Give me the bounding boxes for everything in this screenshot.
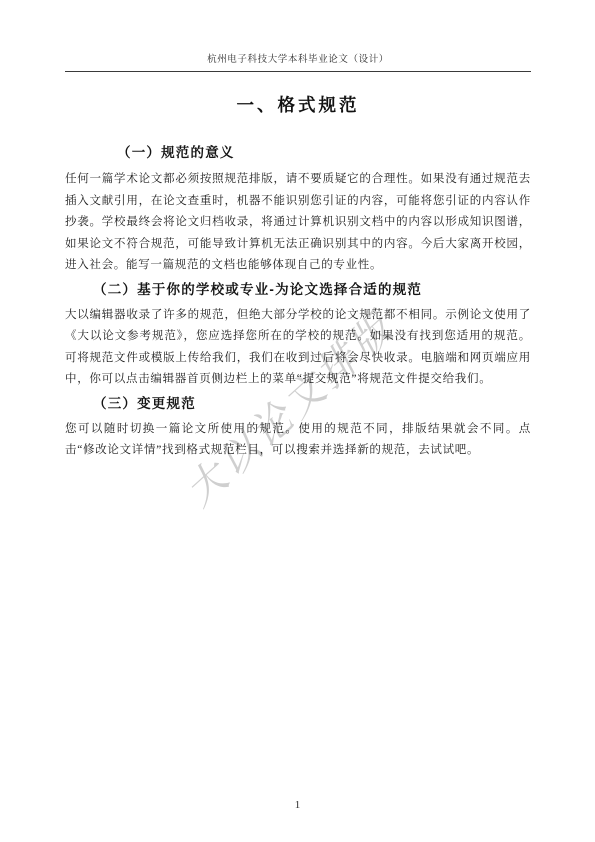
section-heading-1: （一）规范的意义 [65, 145, 531, 161]
section: （二）基于你的学校或专业-为论文选择合适的规范 大以编辑器收录了许多的规范，但绝… [65, 282, 531, 391]
page-number: 1 [0, 799, 595, 812]
section-paragraph-1: 任何一篇学术论文都必须按照规范排版，请不要质疑它的合理性。如果没有通过规范去插入… [65, 169, 531, 277]
document-page: 杭州电子科技大学本科毕业论文（设计） 大以论文排版 一、格式规范 （一）规范的意… [0, 0, 595, 842]
document-content: 一、格式规范 （一）规范的意义 任何一篇学术论文都必须按照规范排版，请不要质疑它… [0, 0, 595, 462]
section-paragraph-2: 大以编辑器收录了许多的规范，但绝大部分学校的论文规范都不相同。示例论文使用了《大… [65, 305, 531, 391]
chapter-title: 一、格式规范 [65, 94, 531, 116]
section-paragraph-3: 您可以随时切换一篇论文所使用的规范。使用的规范不同，排版结果就会不同。点击“修改… [65, 419, 531, 462]
section: （一）规范的意义 任何一篇学术论文都必须按照规范排版，请不要质疑它的合理性。如果… [65, 145, 531, 277]
section-heading-2: （二）基于你的学校或专业-为论文选择合适的规范 [65, 282, 531, 298]
section: （三）变更规范 您可以随时切换一篇论文所使用的规范。使用的规范不同，排版结果就会… [65, 396, 531, 462]
section-heading-3: （三）变更规范 [65, 396, 531, 412]
